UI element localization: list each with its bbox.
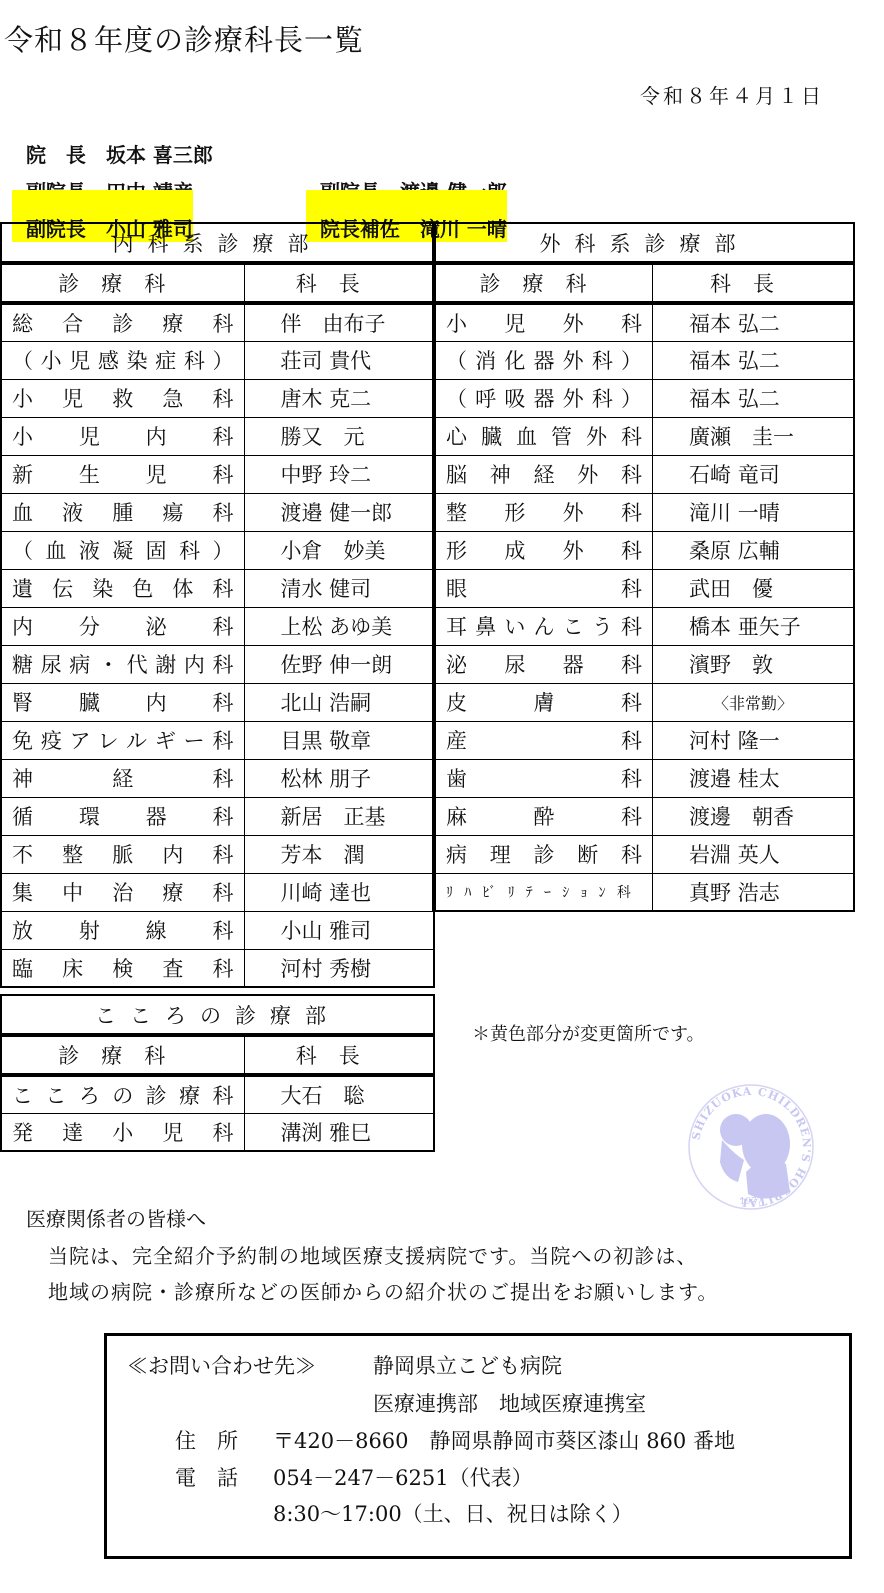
chief-cell: 橋本 亜矢子: [653, 607, 854, 645]
table-row: 内分泌科上松 あゆ美: [1, 607, 434, 645]
table-row: 眼 科武田 優: [434, 569, 854, 607]
table-row: （小児感染症科）荘司 貴代: [1, 341, 434, 379]
table-row: ﾘﾊﾋﾞﾘﾃｰｼｮﾝ科真野 浩志: [434, 873, 854, 911]
chief-cell: 武田 優: [653, 569, 854, 607]
table-row: 脳神経外科石崎 竜司: [434, 455, 854, 493]
chief-cell: 河村 隆一: [653, 721, 854, 759]
dept-cell: 腎臓内科: [1, 683, 244, 721]
table-row: 遺伝染色体科清水 健司: [1, 569, 434, 607]
table-row: 病理診断科岩淵 英人: [434, 835, 854, 873]
col-header-dept: 診療科: [1, 263, 244, 303]
dept-cell: ﾘﾊﾋﾞﾘﾃｰｼｮﾝ科: [434, 873, 653, 911]
chief-cell: 滝川 一晴: [653, 493, 854, 531]
table-row: 産 科河村 隆一: [434, 721, 854, 759]
chief-cell: 小山 雅司: [244, 911, 434, 949]
table-row: 心臓血管外科廣瀬 圭一: [434, 417, 854, 455]
dept-cell: 糖尿病・代謝内科: [1, 645, 244, 683]
chief-cell: 溝渕 雅巳: [244, 1113, 434, 1151]
section-title: 内科系診療部: [1, 223, 434, 263]
dept-cell: 麻酔科: [434, 797, 653, 835]
chief-cell: 中野 玲二: [244, 455, 434, 493]
dept-cell: 小児外科: [434, 303, 653, 341]
hospital-logo-icon: SHIZUOKA CHILDREN'S HOSPITAL 1977: [686, 1082, 816, 1212]
issue-date: 令和８年４月１日: [640, 80, 824, 109]
dept-cell: 泌尿器科: [434, 645, 653, 683]
table-row: 新生児科中野 玲二: [1, 455, 434, 493]
table-row: 泌尿器科濱野 敦: [434, 645, 854, 683]
dept-cell: 免疫アレルギー科: [1, 721, 244, 759]
table-row: 不整脈内科芳本 潤: [1, 835, 434, 873]
chief-cell: 伴 由布子: [244, 303, 434, 341]
chief-cell: 福本 弘二: [653, 303, 854, 341]
chief-cell: 濱野 敦: [653, 645, 854, 683]
table-row: 糖尿病・代謝内科佐野 伸一朗: [1, 645, 434, 683]
col-header-chief: 科長: [244, 263, 434, 303]
table-row: 発達小児科溝渕 雅巳: [1, 1113, 434, 1151]
table-row: 集中治療科川崎 達也: [1, 873, 434, 911]
greeting-body: 当院は、完全紹介予約制の地域医療支援病院です。当院への初診は、 地域の病院・診療…: [48, 1238, 718, 1310]
dept-cell: 産 科: [434, 721, 653, 759]
contact-hospital: 静岡県立こども病院: [373, 1350, 562, 1380]
table-row: 小児外科福本 弘二: [434, 303, 854, 341]
chief-cell: 新居 正基: [244, 797, 434, 835]
chief-cell: 荘司 貴代: [244, 341, 434, 379]
dept-cell: 放射線科: [1, 911, 244, 949]
table-row: 神経科松林 朋子: [1, 759, 434, 797]
chief-cell: 真野 浩志: [653, 873, 854, 911]
dept-cell: 脳神経外科: [434, 455, 653, 493]
table-row: 耳鼻いんこう科橋本 亜矢子: [434, 607, 854, 645]
table-row: （呼吸器外科）福本 弘二: [434, 379, 854, 417]
section-title: こころの診療部: [1, 995, 434, 1035]
greeting-line: 地域の病院・診療所などの医師からの紹介状のご提出をお願いします。: [48, 1274, 718, 1310]
surgical-table: 外科系診療部 診療科 科長 小児外科福本 弘二（消化器外科）福本 弘二（呼吸器外…: [432, 222, 855, 912]
dept-cell: 歯 科: [434, 759, 653, 797]
dept-cell: 循環器科: [1, 797, 244, 835]
dept-cell: こころの診療科: [1, 1075, 244, 1113]
table-row: 腎臓内科北山 浩嗣: [1, 683, 434, 721]
svg-text:1977: 1977: [740, 1197, 763, 1207]
table-row: 循環器科新居 正基: [1, 797, 434, 835]
dept-cell: （血液凝固科）: [1, 531, 244, 569]
col-header-chief: 科長: [244, 1035, 434, 1075]
chief-cell: 河村 秀樹: [244, 949, 434, 987]
dept-cell: 心臓血管外科: [434, 417, 653, 455]
chief-cell: 石崎 竜司: [653, 455, 854, 493]
chief-cell: 上松 あゆ美: [244, 607, 434, 645]
col-header-dept: 診療科: [434, 263, 653, 303]
dept-cell: 不整脈内科: [1, 835, 244, 873]
page-title: 令和８年度の診療科長一覧: [4, 18, 364, 59]
table-body: 小児外科福本 弘二（消化器外科）福本 弘二（呼吸器外科）福本 弘二心臓血管外科廣…: [434, 303, 854, 911]
phone-label: 電 話: [175, 1462, 238, 1492]
internal-medicine-table: 内科系診療部 診療科 科長 総合診療科伴 由布子（小児感染症科）荘司 貴代小児救…: [0, 222, 435, 988]
dept-cell: 集中治療科: [1, 873, 244, 911]
chief-cell: 清水 健司: [244, 569, 434, 607]
dept-cell: 新生児科: [1, 455, 244, 493]
chief-cell: 岩淵 英人: [653, 835, 854, 873]
table-row: 臨床検査科河村 秀樹: [1, 949, 434, 987]
chief-cell: 松林 朋子: [244, 759, 434, 797]
contact-box: ≪お問い合わせ先≫ 静岡県立こども病院 医療連携部 地域医療連携室 住 所 〒4…: [104, 1333, 852, 1559]
address-label: 住 所: [175, 1425, 238, 1455]
chief-cell: 福本 弘二: [653, 379, 854, 417]
chief-cell: 小倉 妙美: [244, 531, 434, 569]
table-row: 麻酔科渡邊 朝香: [434, 797, 854, 835]
chief-cell: 佐野 伸一朗: [244, 645, 434, 683]
table-row: 小児内科勝又 元: [1, 417, 434, 455]
change-note: ＊黄色部分が変更箇所です。: [472, 1020, 705, 1046]
dept-cell: 眼 科: [434, 569, 653, 607]
chief-cell: 〈非常勤〉: [653, 683, 854, 721]
table-row: 血液腫瘍科渡邉 健一郎: [1, 493, 434, 531]
section-title: 外科系診療部: [434, 223, 854, 263]
chief-cell: 渡邉 桂太: [653, 759, 854, 797]
dept-cell: 病理診断科: [434, 835, 653, 873]
table-row: （消化器外科）福本 弘二: [434, 341, 854, 379]
contact-label: ≪お問い合わせ先≫: [127, 1350, 316, 1380]
dept-cell: 小児内科: [1, 417, 244, 455]
contact-department: 医療連携部 地域医療連携室: [373, 1388, 646, 1418]
chief-cell: 目黒 敬章: [244, 721, 434, 759]
chief-cell: 渡邉 健一郎: [244, 493, 434, 531]
phone-value: 054－247－6251（代表）: [273, 1462, 533, 1492]
office-hours: 8:30～17:00（土、日、祝日は除く）: [273, 1498, 633, 1528]
table-row: 総合診療科伴 由布子: [1, 303, 434, 341]
chief-cell: 勝又 元: [244, 417, 434, 455]
table-row: 整形外科滝川 一晴: [434, 493, 854, 531]
table-body: こころの診療科大石 聡発達小児科溝渕 雅巳: [1, 1075, 434, 1151]
dept-cell: 形成外科: [434, 531, 653, 569]
chief-cell: 芳本 潤: [244, 835, 434, 873]
dept-cell: 遺伝染色体科: [1, 569, 244, 607]
dept-cell: 耳鼻いんこう科: [434, 607, 653, 645]
dept-cell: 臨床検査科: [1, 949, 244, 987]
chief-cell: 桑原 広輔: [653, 531, 854, 569]
table-body: 総合診療科伴 由布子（小児感染症科）荘司 貴代小児救急科唐木 克二小児内科勝又 …: [1, 303, 434, 987]
chief-cell: 大石 聡: [244, 1075, 434, 1113]
dept-cell: 血液腫瘍科: [1, 493, 244, 531]
chief-cell: 唐木 克二: [244, 379, 434, 417]
chief-cell: 渡邊 朝香: [653, 797, 854, 835]
table-row: 歯 科渡邉 桂太: [434, 759, 854, 797]
table-row: こころの診療科大石 聡: [1, 1075, 434, 1113]
greeting-title: 医療関係者の皆様へ: [26, 1203, 206, 1232]
table-row: 免疫アレルギー科目黒 敬章: [1, 721, 434, 759]
table-row: 皮膚科〈非常勤〉: [434, 683, 854, 721]
greeting-line: 当院は、完全紹介予約制の地域医療支援病院です。当院への初診は、: [48, 1238, 718, 1274]
table-row: 放射線科小山 雅司: [1, 911, 434, 949]
chief-cell: 川崎 達也: [244, 873, 434, 911]
address-value: 〒420－8660 静岡県静岡市葵区漆山 860 番地: [273, 1425, 735, 1455]
table-row: 形成外科桑原 広輔: [434, 531, 854, 569]
dept-cell: （小児感染症科）: [1, 341, 244, 379]
kokoro-table: こころの診療部 診療科 科長 こころの診療科大石 聡発達小児科溝渕 雅巳: [0, 994, 435, 1152]
table-row: 小児救急科唐木 克二: [1, 379, 434, 417]
dept-cell: （呼吸器外科）: [434, 379, 653, 417]
dept-cell: 内分泌科: [1, 607, 244, 645]
col-header-chief: 科長: [653, 263, 854, 303]
dept-cell: 神経科: [1, 759, 244, 797]
dept-cell: 小児救急科: [1, 379, 244, 417]
dept-cell: 皮膚科: [434, 683, 653, 721]
col-header-dept: 診療科: [1, 1035, 244, 1075]
chief-cell: 福本 弘二: [653, 341, 854, 379]
chief-cell: 廣瀬 圭一: [653, 417, 854, 455]
dept-cell: 発達小児科: [1, 1113, 244, 1151]
chief-cell: 北山 浩嗣: [244, 683, 434, 721]
dept-cell: 総合診療科: [1, 303, 244, 341]
dept-cell: 整形外科: [434, 493, 653, 531]
dept-cell: （消化器外科）: [434, 341, 653, 379]
table-row: （血液凝固科）小倉 妙美: [1, 531, 434, 569]
